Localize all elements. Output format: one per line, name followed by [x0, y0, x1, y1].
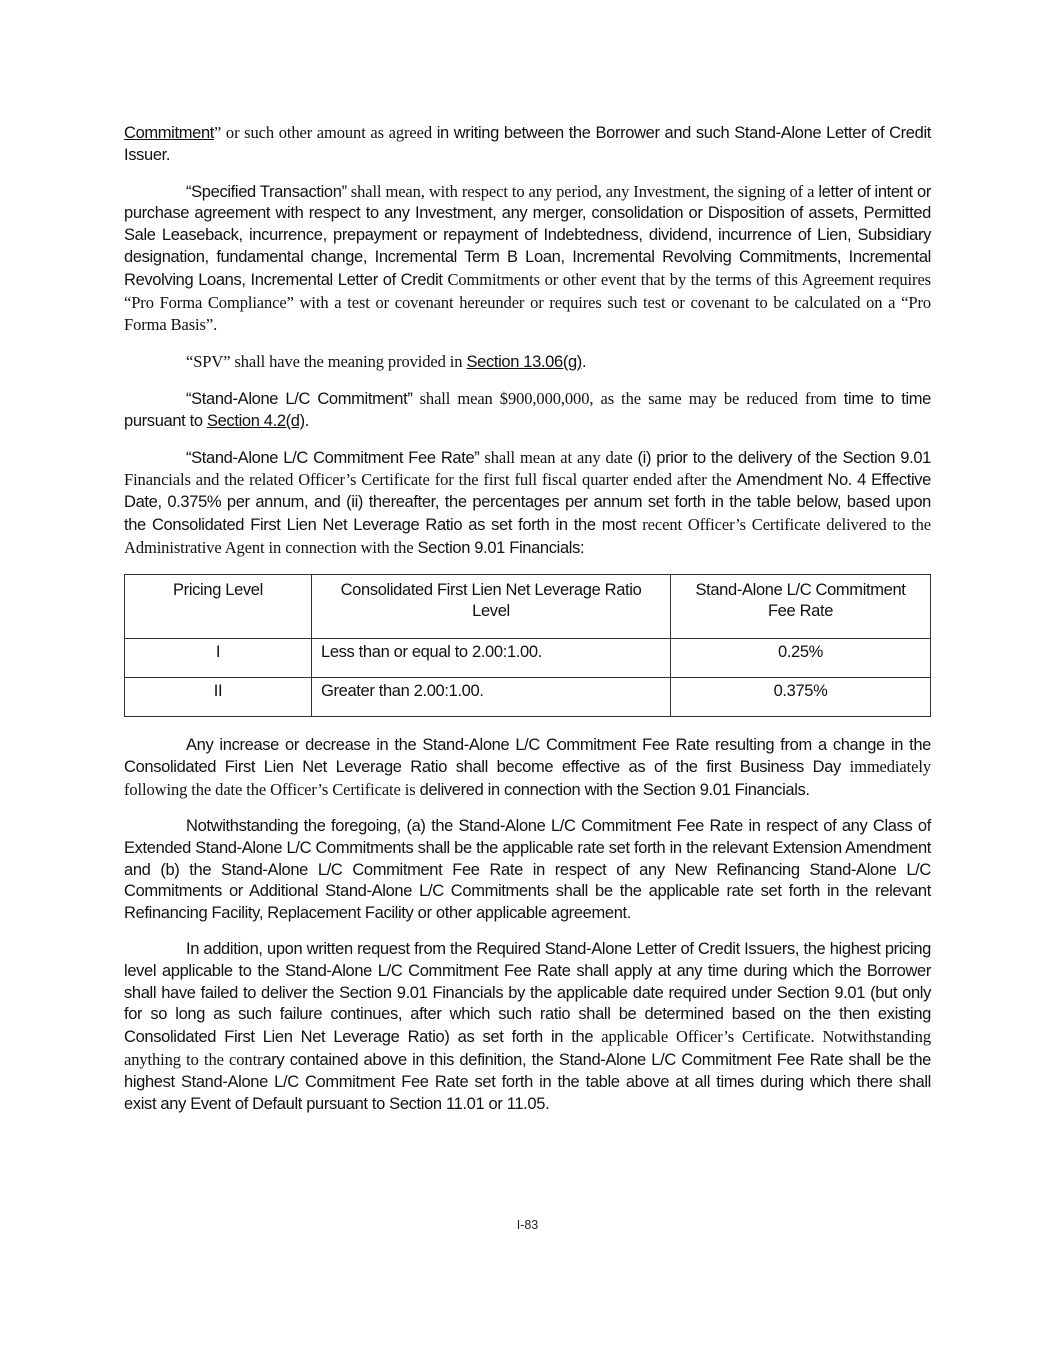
table-header-row: Pricing Level Consolidated First Lien Ne…: [125, 574, 931, 638]
text-segment: Financials and the related Officer’s Cer…: [124, 470, 736, 489]
table-row: I Less than or equal to 2.00:1.00. 0.25%: [125, 638, 931, 677]
text-segment: shall mean $900,000,000, as the same may…: [413, 389, 844, 408]
term-commitment-fragment: Commitment: [124, 124, 214, 142]
paragraph-in-addition: In addition, upon written request from t…: [124, 939, 931, 1115]
text-segment: delivered in connection with the Section…: [420, 781, 810, 799]
cell-ratio-level: Greater than 2.00:1.00.: [312, 677, 671, 716]
header-ratio-level: Consolidated First Lien Net Leverage Rat…: [312, 574, 671, 638]
pricing-table: Pricing Level Consolidated First Lien Ne…: [124, 574, 931, 717]
header-fee-rate: Stand-Alone L/C Commitment Fee Rate: [671, 574, 931, 638]
page-number: I-83: [0, 1218, 1055, 1232]
paragraph-notwithstanding: Notwithstanding the foregoing, (a) the S…: [124, 816, 931, 925]
cell-fee-rate: 0.375%: [671, 677, 931, 716]
text-segment: shall mean at any date: [479, 448, 637, 467]
cell-ratio-level: Less than or equal to 2.00:1.00.: [312, 638, 671, 677]
text-segment: Any increase or decrease in the Stand-Al…: [124, 736, 931, 777]
definition-fee-rate: “Stand-Alone L/C Commitment Fee Rate” sh…: [124, 447, 931, 560]
text-segment: (i) prior to the delivery of the Section…: [638, 449, 931, 467]
text-segment: .: [305, 412, 309, 430]
definition-stand-alone-lc-commitment: “Stand-Alone L/C Commitment” shall mean …: [124, 388, 931, 433]
cell-fee-rate: 0.25%: [671, 638, 931, 677]
defined-term: “Stand-Alone L/C Commitment”: [186, 390, 413, 408]
text-segment: ” or such other amount as agreed: [214, 123, 437, 142]
defined-term: “Stand-Alone L/C Commitment Fee Rate”: [186, 449, 479, 467]
text-segment: “SPV” shall have the meaning provided in: [186, 352, 466, 371]
text-segment: Section 9.01 Financials:: [417, 539, 584, 557]
defined-term: “Specified Transaction”: [186, 183, 347, 201]
paragraph-increase-decrease: Any increase or decrease in the Stand-Al…: [124, 735, 931, 802]
cell-pricing-level: I: [125, 638, 312, 677]
text-segment: .: [582, 353, 586, 371]
table-row: II Greater than 2.00:1.00. 0.375%: [125, 677, 931, 716]
text-segment: shall mean, with respect to any period, …: [347, 182, 819, 201]
header-pricing-level: Pricing Level: [125, 574, 312, 638]
document-page: Commitment” or such other amount as agre…: [124, 122, 931, 1129]
cell-pricing-level: II: [125, 677, 312, 716]
section-reference-link[interactable]: Section 4.2(d): [207, 412, 305, 430]
section-reference-link[interactable]: Section 13.06(g): [466, 353, 581, 371]
text-segment: Notwithstanding the foregoing, (a) the S…: [124, 817, 931, 922]
definition-spv: “SPV” shall have the meaning provided in…: [124, 351, 931, 374]
paragraph-continuation: Commitment” or such other amount as agre…: [124, 122, 931, 167]
definition-specified-transaction: “Specified Transaction” shall mean, with…: [124, 181, 931, 338]
